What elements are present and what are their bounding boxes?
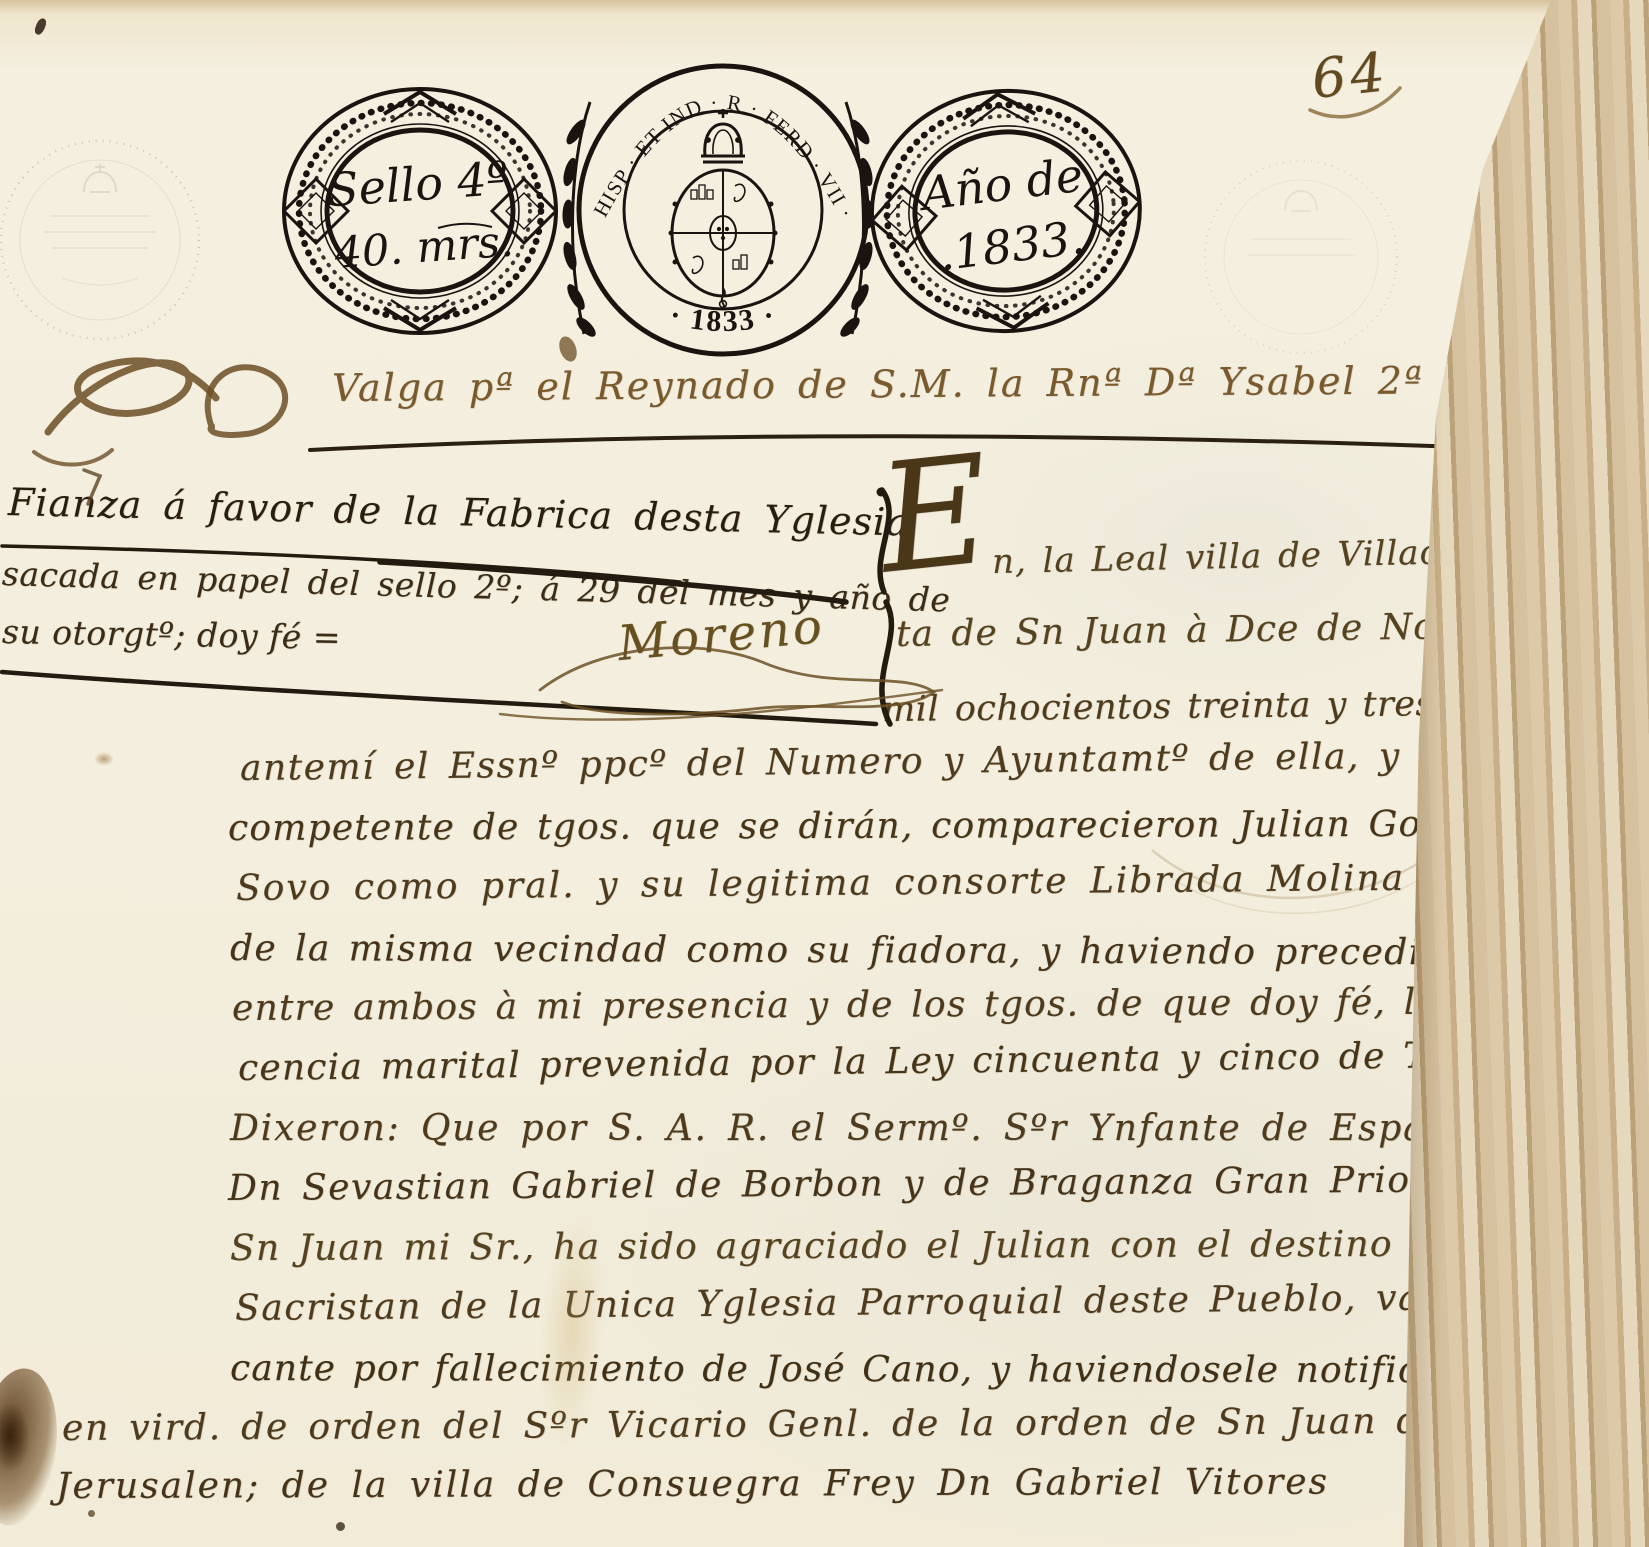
page-top-edge (0, 0, 1649, 14)
manuscript-line: n, la Leal villa de Villacan- (992, 531, 1497, 582)
year-stamp: Año de .1833. (849, 70, 1163, 356)
fee-stamp-denomination: Sello 4º (325, 151, 510, 218)
manuscript-line: Sacristan de la Unica Yglesia Parroquial… (235, 1278, 1435, 1329)
small-dot (88, 1510, 95, 1517)
manuscript-line: competente de tgos. que se dirán, compar… (228, 804, 1500, 849)
manuscript-line: Jerusalen; de la villa de Consuegra Frey… (56, 1462, 1329, 1507)
opening-initial: E (872, 435, 997, 596)
embossed-seal-right (1185, 135, 1420, 385)
small-dot (336, 1522, 345, 1531)
coat-of-arms-shield (669, 170, 777, 310)
manuscript-page: Sello 4º 40. mrs. (0, 0, 1649, 1547)
manuscript-line: Sn Juan mi Sr., ha sido agraciado el Jul… (230, 1224, 1458, 1269)
manuscript-line: Dn Sevastian Gabriel de Borbon y de Brag… (228, 1159, 1496, 1209)
manuscript-line: entre ambos à mi presencia y de los tgos… (232, 981, 1496, 1029)
revalidation-line: Valga pª el Reynado de S.M. la Rnª Dª Ys… (332, 358, 1424, 410)
book-binding-edge (1404, 0, 1649, 1547)
edge-stain-core (0, 1402, 30, 1472)
manuscript-line: de la misma vecindad como su fiadora, y … (230, 928, 1469, 973)
embossed-seal-left (0, 120, 217, 365)
royal-arms-stamp: HISP · ET IND · R · FERD · VII · D · G ·… (572, 52, 874, 364)
crown-icon (701, 109, 745, 162)
manuscript-line: Dixeron: Que por S. A. R. el Sermº. Sºr … (230, 1108, 1475, 1149)
ink-tick-mark (33, 17, 48, 36)
manuscript-line: ta de Sn Juan à Dce de Nove. (896, 606, 1492, 655)
manuscript-line: mil ochocientos treinta y tres; (882, 684, 1447, 730)
fee-stamp: Sello 4º 40. mrs. (270, 78, 570, 348)
manuscript-line: en vird. de orden del Sºr Vicario Genl. … (62, 1401, 1445, 1449)
margin-note-title: Fianza á favor de la Fabrica desta Ygles… (8, 480, 911, 544)
manuscript-line: cencia marital prevenida por la Ley cinc… (238, 1035, 1503, 1089)
folio-number: 64 (1309, 40, 1392, 111)
small-spot (94, 752, 114, 766)
manuscript-line: cante por fallecimiento de José Cano, y … (230, 1348, 1489, 1391)
margin-note-line3: su otorgtº; doy fé = (2, 612, 342, 657)
